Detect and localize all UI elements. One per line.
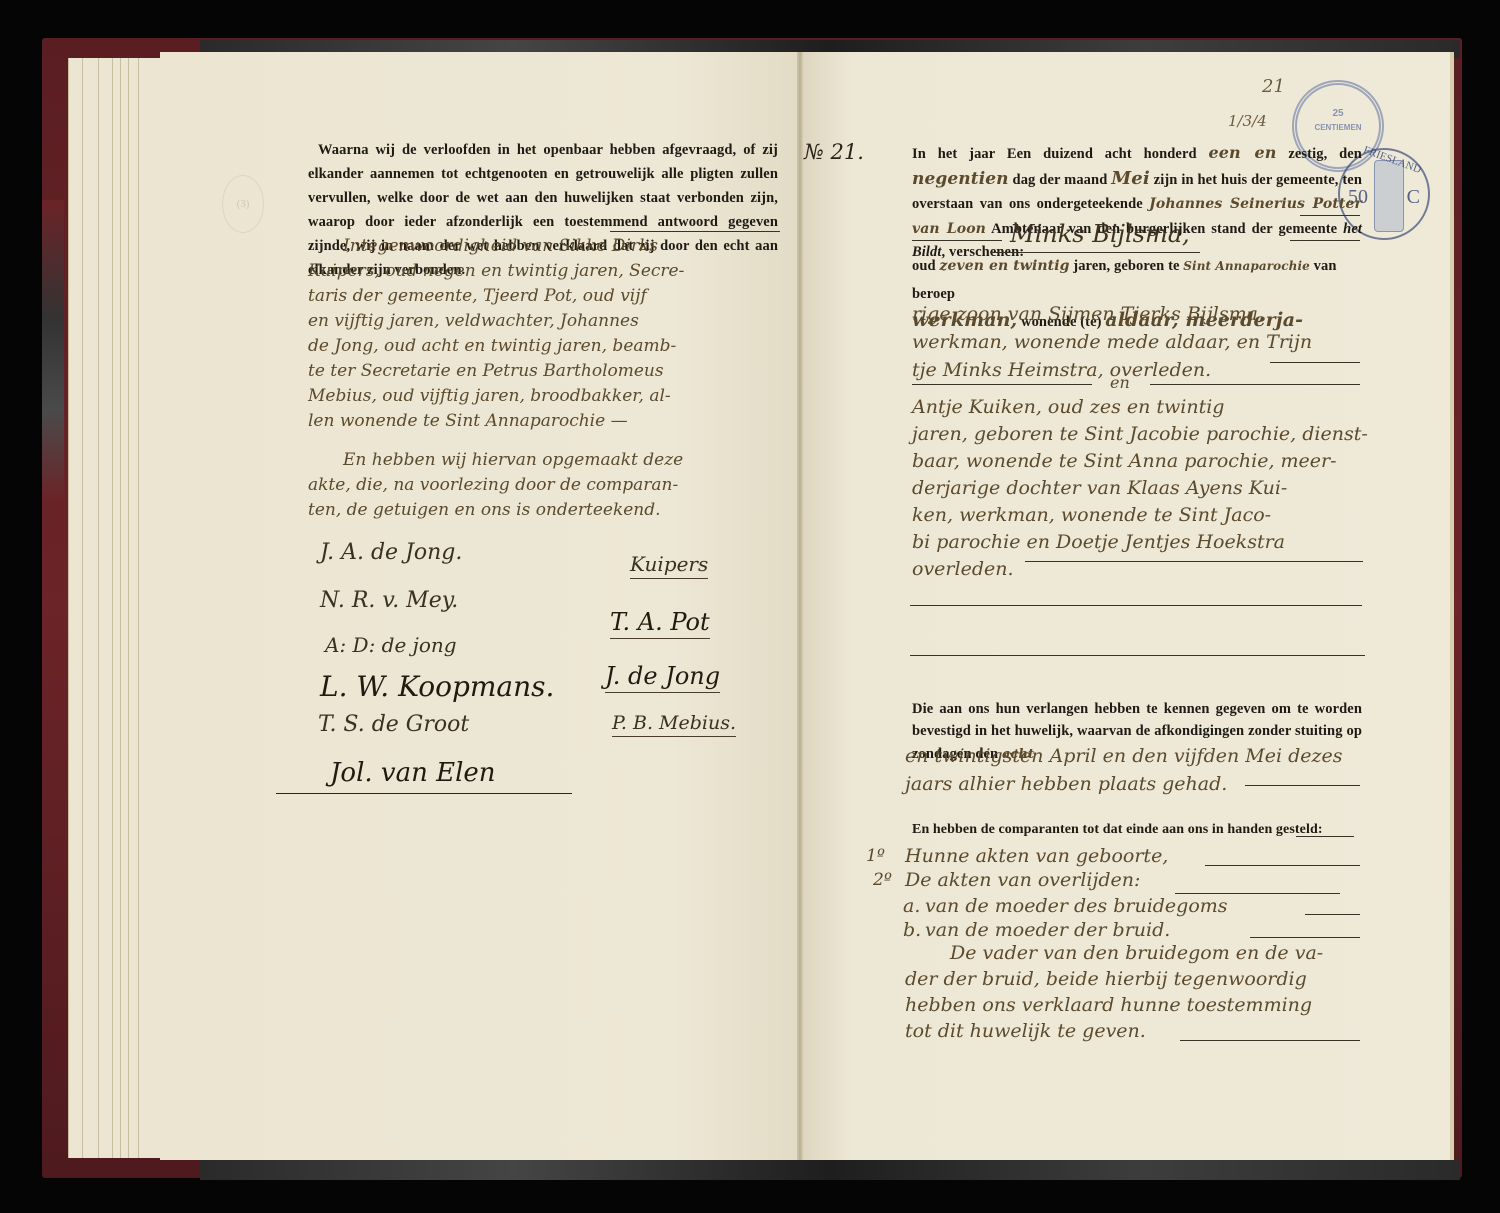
rule (912, 240, 1002, 241)
hand-age: zeven en twintig (939, 258, 1069, 274)
printed-text: zestig, den (1288, 146, 1362, 162)
hand-line: Kuipers, oud negen en twintig jaren, Sec… (308, 259, 778, 284)
rule (1270, 362, 1360, 363)
signature: A: D: de jong (325, 633, 457, 657)
coat-of-arms-icon (1374, 160, 1404, 232)
bride-details: Antje Kuiken, oud zes en twintig jaren, … (912, 394, 1372, 583)
signature: N. R. v. Mey. (320, 588, 458, 613)
rule (1296, 836, 1354, 837)
bride-name-line: Antje Kuiken, oud zes en twintig (912, 394, 1372, 421)
signature: L. W. Koopmans. (320, 670, 554, 703)
list-item: van de moeder des bruidegoms (925, 894, 1228, 919)
hand-line: len wonende te Sint Annaparochie — (308, 409, 778, 434)
list-item: Hunne akten van geboorte, (905, 844, 1168, 869)
hand-line: hebben ons verklaard hunne toestemming (905, 992, 1365, 1018)
hand-line: rige zoon van Sijmen Tjerks Bijlsma, (912, 300, 1372, 328)
printed-text: oud (912, 258, 936, 274)
hand-day: negentien (912, 169, 1009, 189)
hand-line: der der bruid, beide hierbij tegenwoordi… (905, 966, 1365, 992)
hand-line: tje Minks Heimstra, overleden. (912, 356, 1372, 384)
hand-line: en vijftig jaren, veldwachter, Johannes (308, 309, 778, 334)
groom-parents: rige zoon van Sijmen Tjerks Bijlsma, wer… (912, 300, 1372, 384)
list-item: De akten van overlijden: (905, 868, 1140, 893)
witness-paragraph: Integenwoordigheid van Sikke Dirks Kuipe… (308, 234, 778, 434)
documents-intro: En hebben de comparanten tot dat einde a… (912, 818, 1312, 842)
stamp-class: C (1407, 186, 1420, 209)
hand-line: En hebben wij hiervan opgemaakt deze (308, 448, 778, 473)
hand-line: taris der gemeente, Tjeerd Pot, oud vijf (308, 284, 778, 309)
rule (1305, 914, 1360, 915)
printed-text: jaren, geboren te (1073, 258, 1179, 274)
hand-month: Mei (1111, 168, 1150, 189)
rule (1290, 240, 1360, 241)
blank-rule (910, 655, 1365, 656)
list-marker: a. (903, 894, 920, 919)
signature: T. S. de Groot (318, 712, 469, 737)
hand-line: Integenwoordigheid van Sikke Dirks (308, 234, 778, 259)
hand-line: jaars alhier hebben plaats gehad. (905, 770, 1365, 798)
blank-rule (910, 605, 1362, 606)
rule (1205, 865, 1360, 866)
stamp-value: 25 (1297, 107, 1379, 121)
hand-line: Mebius, oud vijftig jaren, broodbakker, … (308, 384, 778, 409)
signature: Kuipers (630, 552, 708, 579)
parental-consent: De vader van den bruidegom en de va- der… (905, 940, 1365, 1044)
hand-line: de Jong, oud acht en twintig jaren, beam… (308, 334, 778, 359)
hand-line: jaren, geboren te Sint Jacobie parochie,… (912, 421, 1372, 448)
folio-number: 21 (1262, 76, 1285, 97)
list-marker: 1º (866, 844, 885, 869)
closing-paragraph: En hebben wij hiervan opgemaakt deze akt… (308, 448, 778, 523)
banns-dates: en twintigsten April en den vijfden Mei … (905, 742, 1365, 798)
signature: J. de Jong (605, 662, 720, 693)
hand-line: ken, werkman, wonende te Sint Jaco- (912, 502, 1372, 529)
printed-text: In het jaar Een duizend acht honderd (912, 146, 1197, 162)
rule (1250, 937, 1360, 938)
rule (610, 231, 780, 232)
conjunction: en (1110, 370, 1130, 395)
hand-line: ten, de getuigen en ons is onderteekend. (308, 498, 778, 523)
signature: J. A. de Jong. (320, 540, 462, 565)
hand-line: en twintigsten April en den vijfden Mei … (905, 742, 1365, 770)
folio-mark: 1/3/4 (1228, 112, 1267, 130)
rule (912, 384, 1092, 385)
embossed-mark: (3) (222, 175, 264, 233)
hand-line: te ter Secretarie en Petrus Bartholomeus (308, 359, 778, 384)
signature: P. B. Mebius. (612, 712, 736, 737)
signature: T. A. Pot (610, 608, 710, 639)
cover-spine-wear (42, 200, 64, 500)
rule (1245, 785, 1360, 786)
signature-rule (276, 793, 572, 794)
hand-line: baar, wonende te Sint Anna parochie, mee… (912, 448, 1372, 475)
hand-year: een en (1208, 143, 1276, 162)
stamp-label: CENTIEMEN (1297, 121, 1379, 135)
hand-line: akte, die, na voorlezing door de compara… (308, 473, 778, 498)
hand-line: De vader van den bruidegom en de va- (905, 940, 1365, 966)
rule (1150, 384, 1360, 385)
list-marker: 2º (873, 868, 892, 893)
rule (1180, 1040, 1360, 1041)
groom-name: Minks Bijlsma, (1010, 222, 1190, 247)
rule (1300, 215, 1360, 216)
page-stack-left (68, 58, 168, 1158)
signature: Jol. van Elen (330, 758, 496, 788)
cover-edge-bottom (200, 1160, 1460, 1180)
hand-line: werkman, wonende mede aldaar, en Trijn (912, 328, 1372, 356)
act-number: № 21. (804, 140, 864, 165)
printed-text: dag der maand (1013, 172, 1108, 188)
hand-line: derjarige dochter van Klaas Ayens Kui- (912, 475, 1372, 502)
hand-birthplace: Sint Annaparochie (1183, 259, 1310, 273)
rule (1025, 561, 1363, 562)
book-gutter (797, 52, 803, 1160)
hand-line: bi parochie en Doetje Jentjes Hoekstra (912, 529, 1372, 556)
